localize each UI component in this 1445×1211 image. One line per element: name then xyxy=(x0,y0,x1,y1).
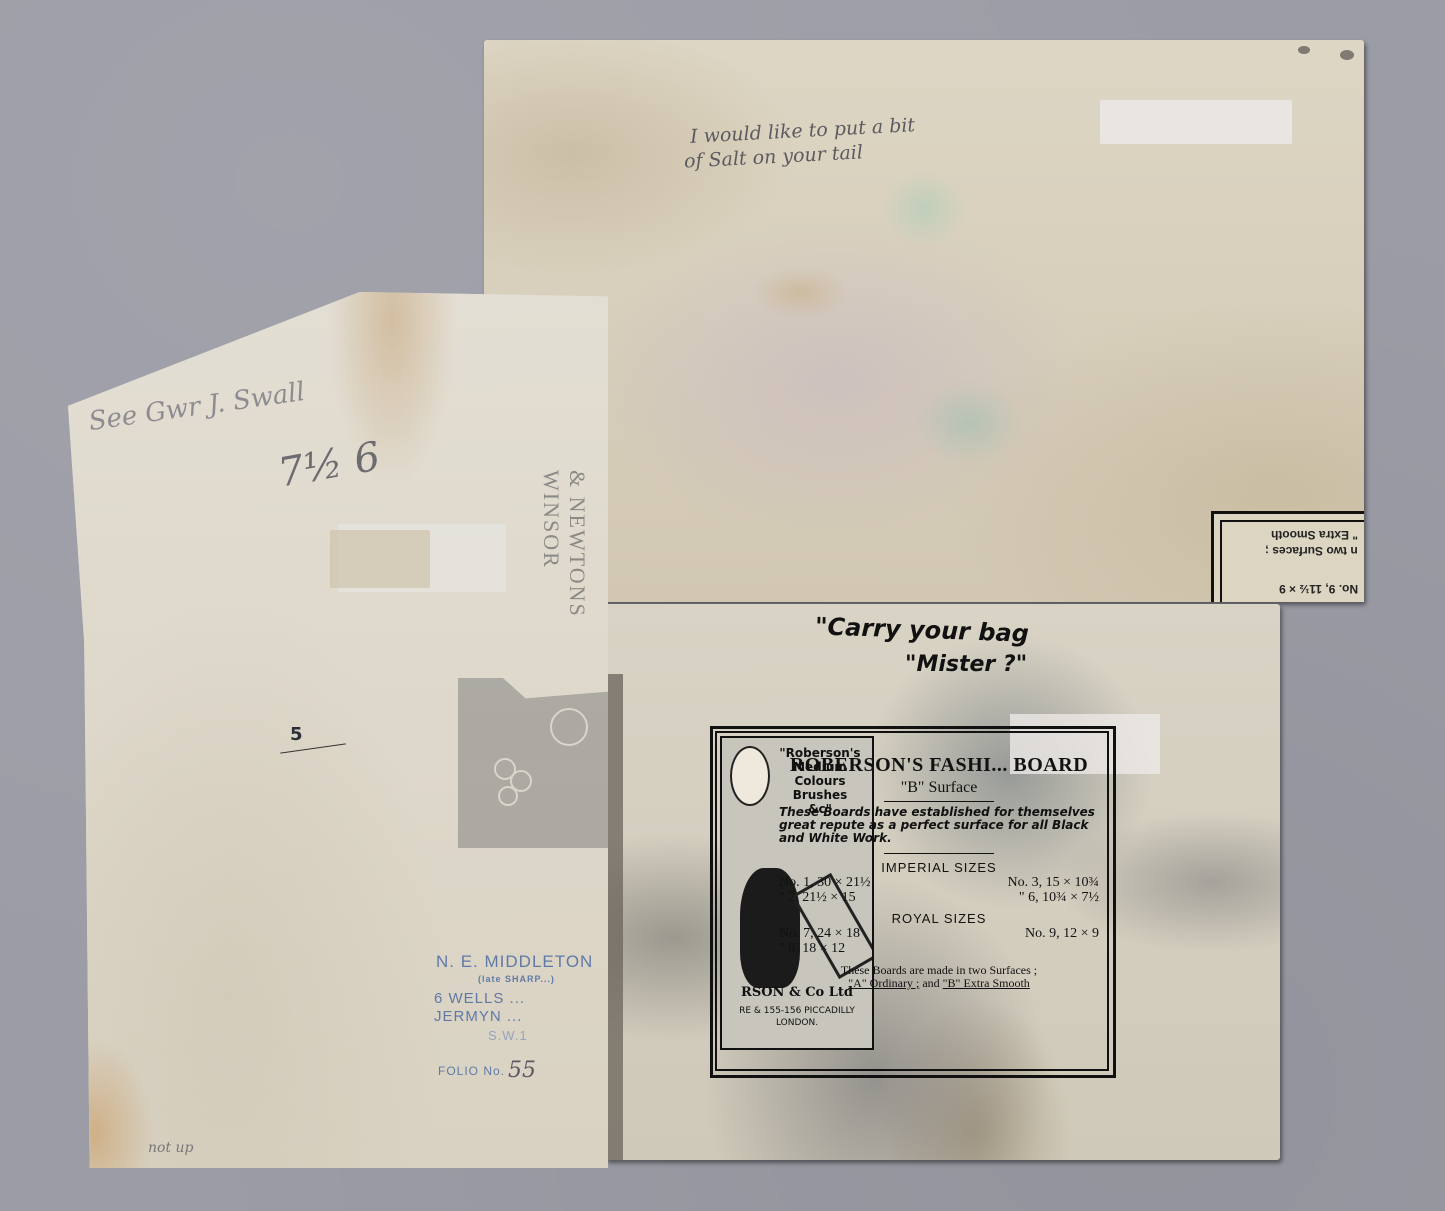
flipped-label-line-1: n two Surfaces ; xyxy=(1265,544,1358,558)
inscription-line-1: I would like to put a bit xyxy=(690,114,916,148)
pin-hole xyxy=(1340,50,1354,60)
inscription-line-1: "Carry your bag xyxy=(815,612,1030,647)
size-row: " 2, 21½ × 15" 6, 10¾ × 7½ xyxy=(773,890,1105,905)
size-row: " 8, 18 × 12 xyxy=(773,941,1105,956)
imperial-heading: IMPERIAL SIZES xyxy=(773,860,1105,875)
stamp-address-1: 6 WELLS ... xyxy=(434,990,525,1007)
tape-stain xyxy=(330,530,430,588)
illus-city: LONDON. xyxy=(726,1016,868,1030)
size-row: No. 7, 24 × 18No. 9, 12 × 9 xyxy=(773,926,1105,941)
ad-note: These Boards are made in two Surfaces ; … xyxy=(773,964,1105,990)
maker-name-winsor: WINSOR xyxy=(538,470,564,569)
inscription-line-2: "Mister ?" xyxy=(905,652,1027,677)
maker-name-newtons: & NEWTONS xyxy=(564,470,590,618)
board-left: See Gwr J. Swall 7½ 6 5 WINSOR & NEWTONS… xyxy=(68,292,608,1168)
royal-heading: ROYAL SIZES xyxy=(773,911,1105,926)
stamp-address-2: JERMYN ... xyxy=(434,1008,522,1025)
face-illustration xyxy=(730,746,770,806)
stamp-name: N. E. MIDDLETON xyxy=(436,952,593,972)
flipped-label-line-3: No. 9, 11½ × 9 xyxy=(1279,582,1358,596)
board-top-right: I would like to put a bit of Salt on you… xyxy=(484,40,1364,602)
bottom-pencil-note: not up xyxy=(148,1140,194,1156)
folio-value: 55 xyxy=(508,1058,536,1083)
number-mark: 5 xyxy=(290,724,303,745)
pencil-note: See Gwr J. Swall xyxy=(87,377,307,437)
ad-title: ROBERSON'S FASHI... BOARD xyxy=(773,754,1105,777)
stamp-address-3: S.W.1 xyxy=(488,1028,528,1043)
size-row: No. 1, 30 × 21½No. 3, 15 × 10¾ xyxy=(773,875,1105,890)
tape-residue xyxy=(1100,100,1292,144)
flipped-label: n two Surfaces ; " Extra Smooth No. 9, 1… xyxy=(1211,511,1364,602)
flipped-label-line-2: " Extra Smooth xyxy=(1271,528,1358,542)
board-bottom-right: "Carry your bag "Mister ?" "Roberson's M… xyxy=(605,604,1280,1160)
engraved-trademark xyxy=(458,678,608,848)
folio-label: FOLIO No. xyxy=(438,1064,505,1078)
stamp-late: (late SHARP...) xyxy=(478,974,555,984)
ad-text-block: ROBERSON'S FASHI... BOARD "B" Surface Th… xyxy=(773,732,1105,990)
ad-description: These Boards have established for themse… xyxy=(773,806,1105,845)
pin-hole xyxy=(1298,46,1310,54)
ad-surface: "B" Surface xyxy=(773,779,1105,797)
pencil-mark: 7½ 6 xyxy=(275,433,384,496)
